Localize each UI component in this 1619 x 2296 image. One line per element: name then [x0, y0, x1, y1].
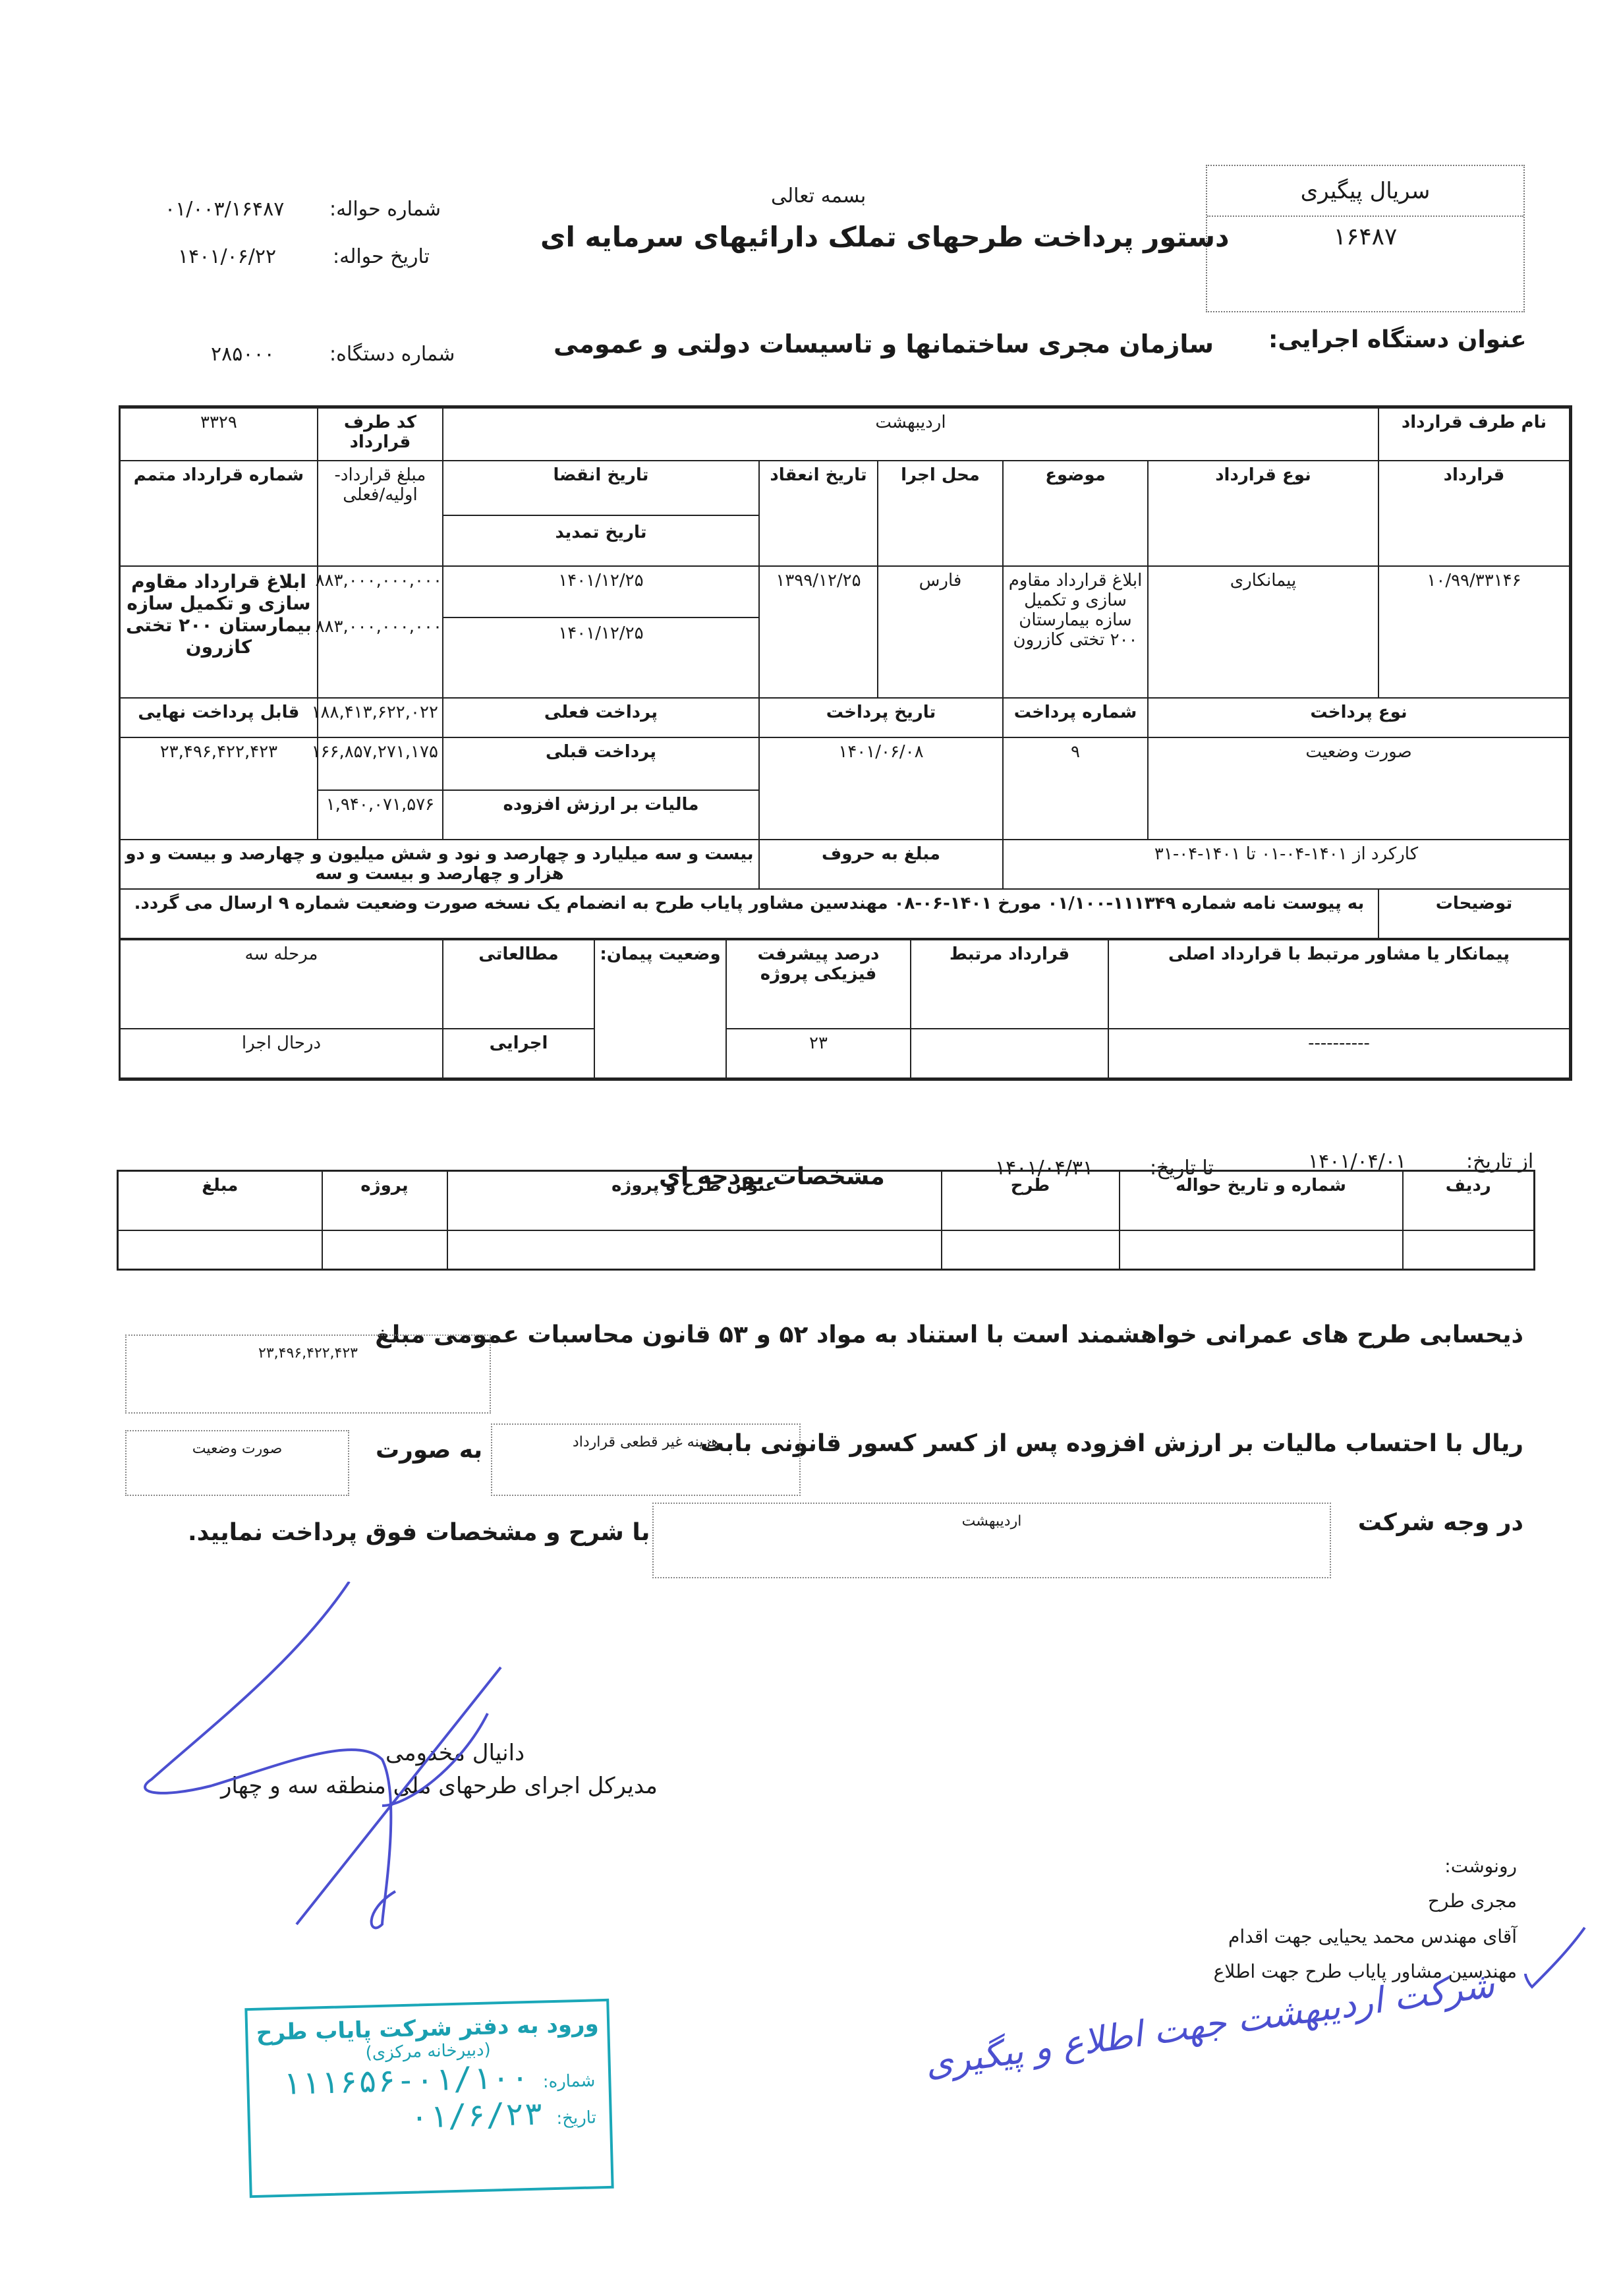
contract-status-label: وضعیت پیمان:: [594, 940, 726, 1078]
col-extension-date: تاریخ تمدید: [443, 516, 758, 542]
agency-number-value: ۲۸۵۰۰۰: [211, 343, 275, 366]
amount-box: ۲۳,۴۹۶,۴۲۲,۴۲۳: [125, 1335, 491, 1414]
payment-type-label: نوع پرداخت: [1148, 698, 1570, 737]
body-line-3-prefix: در وجه شرکت: [1358, 1509, 1523, 1536]
remittance-number-value: ۰۱/۰۰۳/۱۶۴۸۷: [165, 198, 284, 221]
agency-title-value: سازمان مجری ساختمانها و تاسیسات دولتی و …: [554, 330, 1214, 359]
signer-title: مدیرکل اجرای طرحهای ملی منطقه سه و چهار: [221, 1773, 658, 1799]
related-contract-label: قرارداد مرتبط: [911, 940, 1108, 1029]
remittance-date-label: تاریخ حواله:: [333, 245, 430, 268]
stamp-number-label: شماره:: [542, 2071, 595, 2092]
col-sign-date: تاریخ انعقاد: [759, 461, 878, 566]
contract-number-value: ۱۰/۹۹/۳۳۱۴۶: [1378, 566, 1570, 698]
receipt-stamp: ورود به دفتر شرکت پایاب طرح (دبیرخانه مر…: [244, 1999, 613, 2198]
budget-col-remittance: شماره و تاریخ حواله: [1120, 1171, 1403, 1230]
col-expiry-date: تاریخ انقضا: [443, 461, 758, 516]
payment-number-label: شماره پرداخت: [1003, 698, 1148, 737]
col-location: محل اجرا: [878, 461, 1003, 566]
related-contract-value: [911, 1029, 1108, 1078]
body-line-3-suffix: با شرح و مشخصات فوق پرداخت نمایید.: [188, 1519, 650, 1546]
supplement-number-value: ابلاغ قرارداد مقاوم سازی و تکمیل سازه بی…: [120, 566, 318, 698]
work-period-text: کارکرد از ۱۴۰۱-۰۴-۰۱ تا ۱۴۰۱-۰۴-۳۱: [1003, 840, 1570, 889]
col-contract-type: نوع قرارداد: [1148, 461, 1378, 566]
study-stage-value: مرحله سه: [120, 940, 443, 1029]
previous-payment-value: ۱۶۶,۸۵۷,۲۷۱,۱۷۵: [318, 737, 443, 790]
tracking-serial-value: ۱۶۴۸۷: [1207, 217, 1523, 250]
notes-label: توضیحات: [1378, 889, 1570, 938]
budget-col-amount: مبلغ: [118, 1171, 322, 1230]
signature-scribble-icon: [132, 1582, 593, 1951]
tracking-serial-box: سریال پیگیری ۱۶۴۸۷: [1206, 165, 1525, 312]
study-label: مطالعاتی: [443, 940, 594, 1029]
document-title: دستور پرداخت طرحهای تملک دارائیهای سرمای…: [540, 221, 1230, 253]
payment-date-value: ۱۴۰۱/۰۶/۰۸: [759, 737, 1003, 840]
exec-stage-value: درحال اجرا: [120, 1029, 443, 1078]
checkmark-icon: [1522, 1924, 1588, 1990]
stamp-date-label: تاریخ:: [556, 2108, 596, 2129]
current-payment-label: پرداخت فعلی: [443, 698, 759, 737]
party-name-value: اردیبهشت: [443, 408, 1378, 461]
tracking-serial-label: سریال پیگیری: [1207, 166, 1523, 217]
payment-number-value: ۹: [1003, 737, 1148, 840]
col-contract: قرارداد: [1378, 461, 1570, 566]
col-supplement: شماره قرارداد متمم: [120, 461, 318, 566]
budget-col-title: عنوان طرح و پروژه: [447, 1171, 942, 1230]
cc-label: رونوشت:: [1444, 1855, 1517, 1877]
stamp-date-value: ۰۱/۶/۲۳: [409, 2095, 544, 2135]
party-code-label: کد طرف قرارداد: [318, 408, 443, 461]
progress-value: ۲۳: [726, 1029, 911, 1078]
budget-col-row: ردیف: [1403, 1171, 1535, 1230]
contract-subject-value: ابلاغ قرارداد مقاوم سازی و تکمیل سازه بی…: [1003, 566, 1148, 698]
amount-in-words-label: مبلغ به حروف: [759, 840, 1003, 889]
contract-payment-grid: نام طرف قرارداد اردیبهشت کد طرف قرارداد …: [119, 405, 1572, 1081]
party-code-value: ۳۳۲۹: [120, 408, 318, 461]
amount-current-value: ۸۸۳,۰۰۰,۰۰۰,۰۰۰: [318, 617, 442, 637]
payment-type-value: صورت وضعیت: [1148, 737, 1570, 840]
exec-label: اجرایی: [443, 1029, 594, 1078]
as-label: به صورت: [376, 1437, 482, 1464]
reason-box: هزینه غیر قطعی قرارداد: [491, 1423, 801, 1496]
handwritten-note: شرکت اردیبهشت جهت اطلاع و پیگیری: [923, 1964, 1497, 2085]
contract-location-value: فارس: [878, 566, 1003, 698]
related-contractor-value: ----------: [1108, 1029, 1570, 1078]
payment-date-label: تاریخ پرداخت: [759, 698, 1003, 737]
notes-value: به پیوست نامه شماره ۱۱۱۳۴۹-۰۱/۱۰۰ مورخ ۱…: [120, 889, 1378, 938]
remittance-number-label: شماره حواله:: [329, 198, 441, 221]
amount-initial-value: ۸۸۳,۰۰۰,۰۰۰,۰۰۰: [318, 567, 442, 617]
contract-sign-date-value: ۱۳۹۹/۱۲/۲۵: [759, 566, 878, 698]
company-box: اردیبهشت: [652, 1503, 1331, 1578]
vat-value: ۱,۹۴۰,۰۷۱,۵۷۶: [318, 790, 443, 840]
stamp-number-value: ۱۱۱۶۵۶-۰۱/۱۰۰: [281, 2059, 530, 2102]
amount-in-words-value: بیست و سه میلیارد و چهارصد و نود و شش می…: [120, 840, 759, 889]
progress-label: درصد پیشرفت فیزیکی پروژه: [726, 940, 911, 1029]
as-box: صورت وضعیت: [125, 1430, 349, 1496]
agency-title-label: عنوان دستگاه اجرایی:: [1268, 326, 1527, 353]
body-line-2: ریال با احتساب مالیات بر ارزش افزوده پس …: [700, 1430, 1523, 1457]
vat-label: مالیات بر ارزش افزوده: [443, 790, 759, 840]
budget-row-empty: [118, 1230, 1535, 1270]
body-line-1: ذیحسابی طرح های عمرانی خواهشمند است با ا…: [375, 1321, 1523, 1348]
expiry-date-value: ۱۴۰۱/۱۲/۲۵: [443, 567, 758, 618]
party-name-label: نام طرف قرارداد: [1378, 408, 1570, 461]
budget-col-project: پروژه: [322, 1171, 447, 1230]
contract-type-value: پیمانکاری: [1148, 566, 1378, 698]
col-subject: موضوع: [1003, 461, 1148, 566]
budget-table: ردیف شماره و تاریخ حواله طرح عنوان طرح و…: [119, 1170, 1535, 1271]
previous-payment-label: پرداخت قبلی: [443, 737, 759, 790]
final-payable-label: قابل پرداخت نهایی: [120, 698, 318, 737]
cc-item-1: مجری طرح: [1428, 1890, 1517, 1912]
remittance-date-value: ۱۴۰۱/۰۶/۲۲: [178, 245, 276, 268]
budget-col-plan: طرح: [942, 1171, 1120, 1230]
current-payment-value: ۱۸۸,۴۱۳,۶۲۲,۰۲۲: [318, 698, 443, 737]
signer-name: دانیال مخدومی: [385, 1740, 525, 1766]
cc-item-2: آقای مهندس محمد یحیایی جهت اقدام: [1228, 1926, 1517, 1947]
agency-number-label: شماره دستگاه:: [329, 343, 455, 366]
basmala: بسمه تعالی: [771, 185, 866, 208]
final-payable-value: ۲۳,۴۹۶,۴۲۲,۴۲۳: [120, 737, 318, 840]
col-amount: مبلغ قرارداد-اولیه/فعلی: [318, 461, 443, 566]
related-contractor-label: پیمانکار یا مشاور مرتبط با قرارداد اصلی: [1108, 940, 1570, 1029]
extension-date-value: ۱۴۰۱/۱۲/۲۵: [443, 618, 758, 643]
